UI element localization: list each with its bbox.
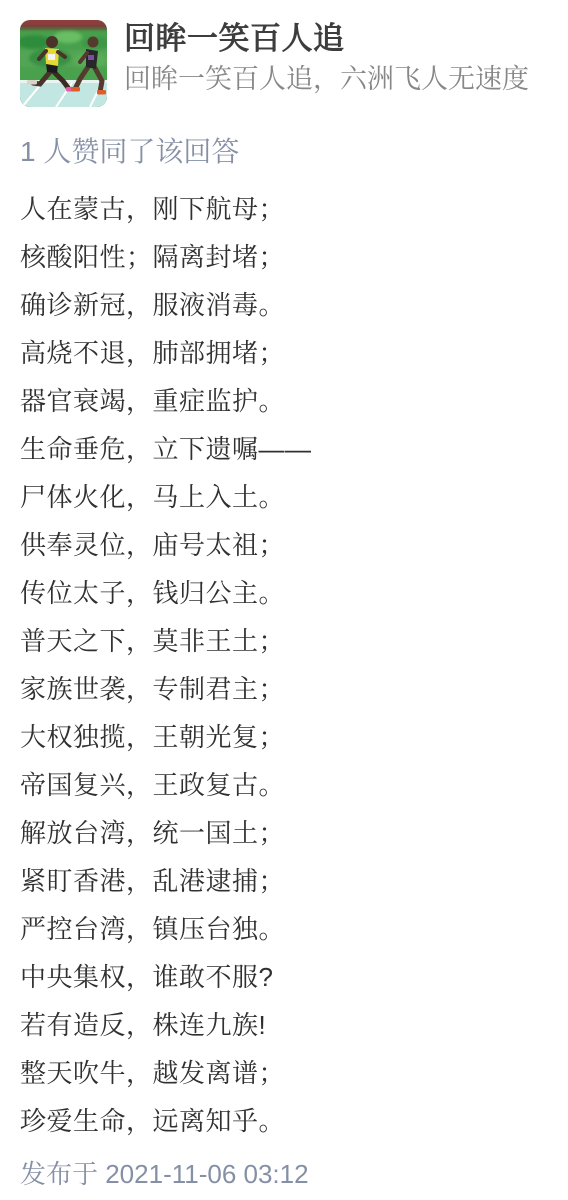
answer-body: 人在蒙古，刚下航母； 核酸阳性；隔离封堵； 确诊新冠，服液消毒。 高烧不退，肺部…: [20, 185, 550, 1145]
poem-line: 核酸阳性；隔离封堵；: [20, 233, 550, 281]
poem-line: 尸体火化，马上入土。: [20, 473, 550, 521]
poem-line: 帝国复兴，王政复古。: [20, 761, 550, 809]
poem-line: 传位太子，钱归公主。: [20, 569, 550, 617]
poem-line: 高烧不退，肺部拥堵；: [20, 329, 550, 377]
poem-line: 家族世袭，专制君主；: [20, 665, 550, 713]
poem-line: 紧盯香港，乱港逮捕；: [20, 857, 550, 905]
poem-line: 严控台湾，镇压台独。: [20, 905, 550, 953]
poem-line: 人在蒙古，刚下航母；: [20, 185, 550, 233]
poem-line: 器官衰竭，重症监护。: [20, 377, 550, 425]
poem-line: 供奉灵位，庙号太祖；: [20, 521, 550, 569]
poem-line: 生命垂危，立下遗嘱——: [20, 425, 550, 473]
author-avatar[interactable]: [20, 20, 107, 107]
author-text-block: 回眸一笑百人追 回眸一笑百人追，六洲飞人无速度: [124, 20, 529, 96]
poem-line: 普天之下，莫非王土；: [20, 617, 550, 665]
poem-line: 确诊新冠，服液消毒。: [20, 281, 550, 329]
sprinter-photo-icon: [20, 20, 107, 107]
answer-card: 回眸一笑百人追 回眸一笑百人追，六洲飞人无速度 1 人赞同了该回答 人在蒙古，刚…: [0, 0, 568, 1200]
poem-line: 大权独揽，王朝光复；: [20, 713, 550, 761]
poem-line: 解放台湾，统一国土；: [20, 809, 550, 857]
author-username[interactable]: 回眸一笑百人追: [124, 21, 529, 57]
author-header: 回眸一笑百人追 回眸一笑百人追，六洲飞人无速度: [20, 20, 550, 107]
upvote-count-text: 1 人赞同了该回答: [20, 134, 550, 170]
author-bio: 回眸一笑百人追，六洲飞人无速度: [124, 63, 529, 97]
poem-line: 珍爱生命，远离知乎。: [20, 1097, 550, 1145]
poem-line: 整天吹牛，越发离谱；: [20, 1049, 550, 1097]
publish-timestamp: 发布于 2021-11-06 03:12: [20, 1158, 550, 1192]
poem-line: 若有造反，株连九族!: [20, 1001, 550, 1049]
poem-line: 中央集权，谁敢不服?: [20, 953, 550, 1001]
